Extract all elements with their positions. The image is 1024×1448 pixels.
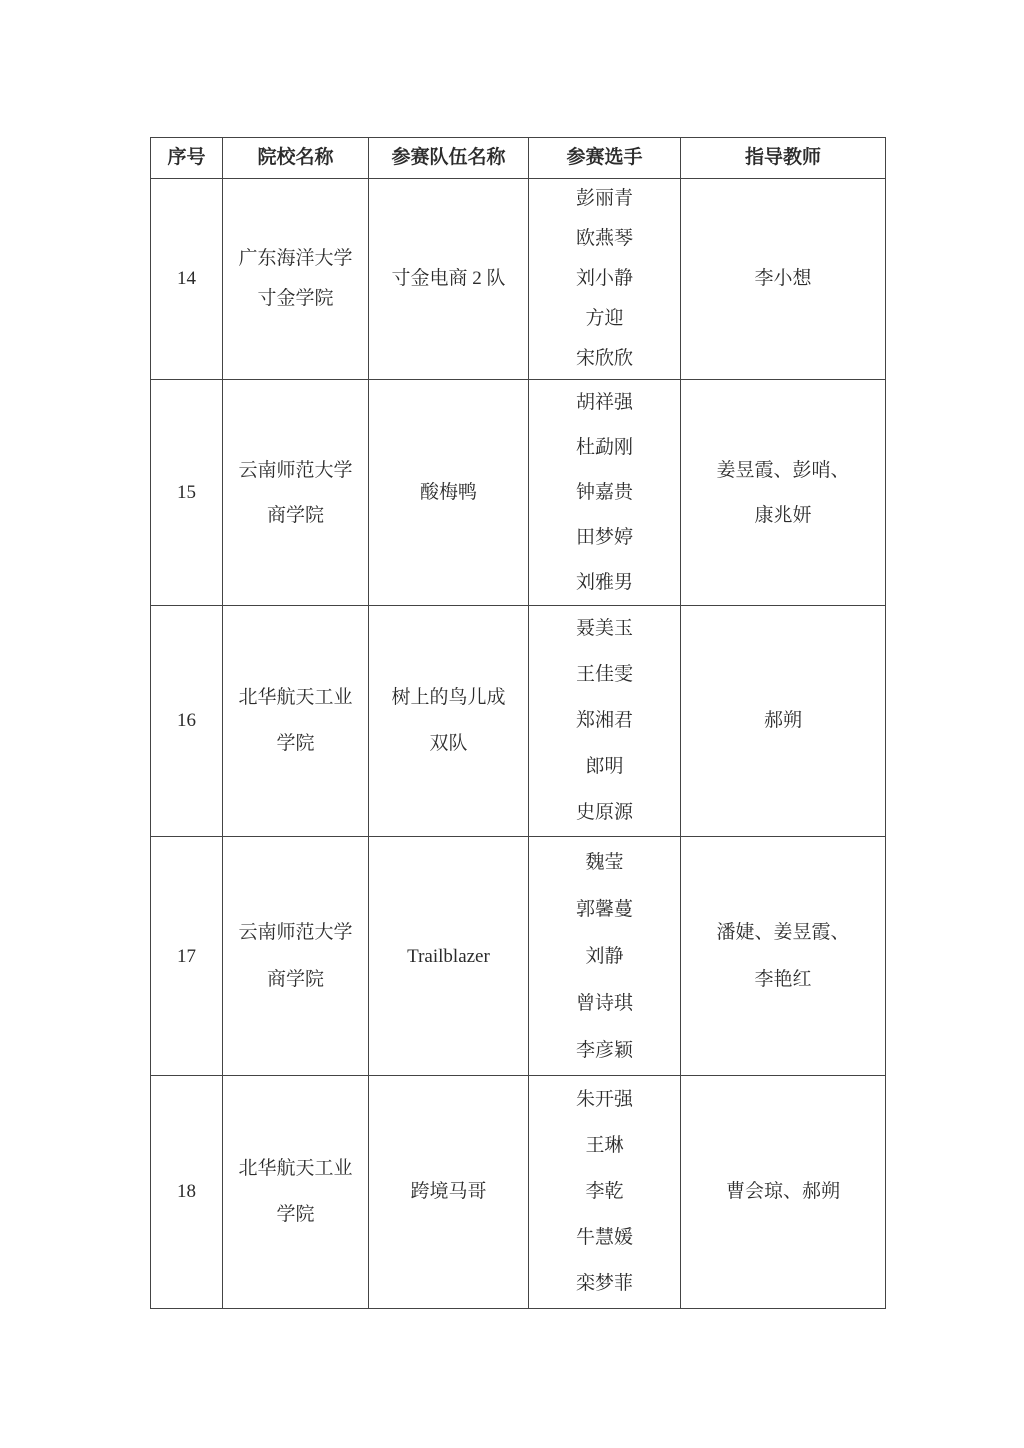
members-cell: 胡祥强 杜勐刚 钟嘉贵 田梦婷 刘雅男 (529, 380, 681, 606)
school-cell: 广东海洋大学 寸金学院 (223, 179, 369, 380)
school-cell: 云南师范大学 商学院 (223, 380, 369, 606)
serial-cell: 14 (151, 179, 223, 380)
teachers-cell: 曹会琼、郝朔 (681, 1076, 886, 1309)
teachers-cell: 郝朔 (681, 606, 886, 837)
school-cell: 北华航天工业 学院 (223, 606, 369, 837)
team-cell: 跨境马哥 (369, 1076, 529, 1309)
serial-cell: 17 (151, 837, 223, 1076)
table-row: 18 北华航天工业 学院 跨境马哥 朱开强 王琳 李乾 牛慧媛 栾梦菲 曹会琼、… (151, 1076, 886, 1309)
table-row: 16 北华航天工业 学院 树上的鸟儿成 双队 聂美玉 王佳雯 郑湘君 郎明 史原… (151, 606, 886, 837)
school-cell: 云南师范大学 商学院 (223, 837, 369, 1076)
document-page: 序号 院校名称 参赛队伍名称 参赛选手 指导教师 14 广东海洋大学 寸金学院 … (0, 0, 1024, 1448)
results-table: 序号 院校名称 参赛队伍名称 参赛选手 指导教师 14 广东海洋大学 寸金学院 … (150, 137, 886, 1309)
team-cell: 树上的鸟儿成 双队 (369, 606, 529, 837)
teachers-cell: 李小想 (681, 179, 886, 380)
serial-cell: 16 (151, 606, 223, 837)
table-row: 15 云南师范大学 商学院 酸梅鸭 胡祥强 杜勐刚 钟嘉贵 田梦婷 刘雅男 姜昱… (151, 380, 886, 606)
teachers-cell: 姜昱霞、彭哨、 康兆妍 (681, 380, 886, 606)
teachers-cell: 潘婕、姜昱霞、 李艳红 (681, 837, 886, 1076)
column-header-school: 院校名称 (223, 138, 369, 179)
table-row: 17 云南师范大学 商学院 Trailblazer 魏莹 郭馨蔓 刘静 曾诗琪 … (151, 837, 886, 1076)
serial-cell: 15 (151, 380, 223, 606)
members-cell: 聂美玉 王佳雯 郑湘君 郎明 史原源 (529, 606, 681, 837)
column-header-members: 参赛选手 (529, 138, 681, 179)
team-cell: 酸梅鸭 (369, 380, 529, 606)
table-row: 14 广东海洋大学 寸金学院 寸金电商 2 队 彭丽青 欧燕琴 刘小静 方迎 宋… (151, 179, 886, 380)
team-cell: 寸金电商 2 队 (369, 179, 529, 380)
column-header-serial: 序号 (151, 138, 223, 179)
column-header-teachers: 指导教师 (681, 138, 886, 179)
members-cell: 魏莹 郭馨蔓 刘静 曾诗琪 李彦颖 (529, 837, 681, 1076)
serial-cell: 18 (151, 1076, 223, 1309)
team-cell: Trailblazer (369, 837, 529, 1076)
members-cell: 朱开强 王琳 李乾 牛慧媛 栾梦菲 (529, 1076, 681, 1309)
school-cell: 北华航天工业 学院 (223, 1076, 369, 1309)
column-header-team: 参赛队伍名称 (369, 138, 529, 179)
header-row: 序号 院校名称 参赛队伍名称 参赛选手 指导教师 (151, 138, 886, 179)
members-cell: 彭丽青 欧燕琴 刘小静 方迎 宋欣欣 (529, 179, 681, 380)
